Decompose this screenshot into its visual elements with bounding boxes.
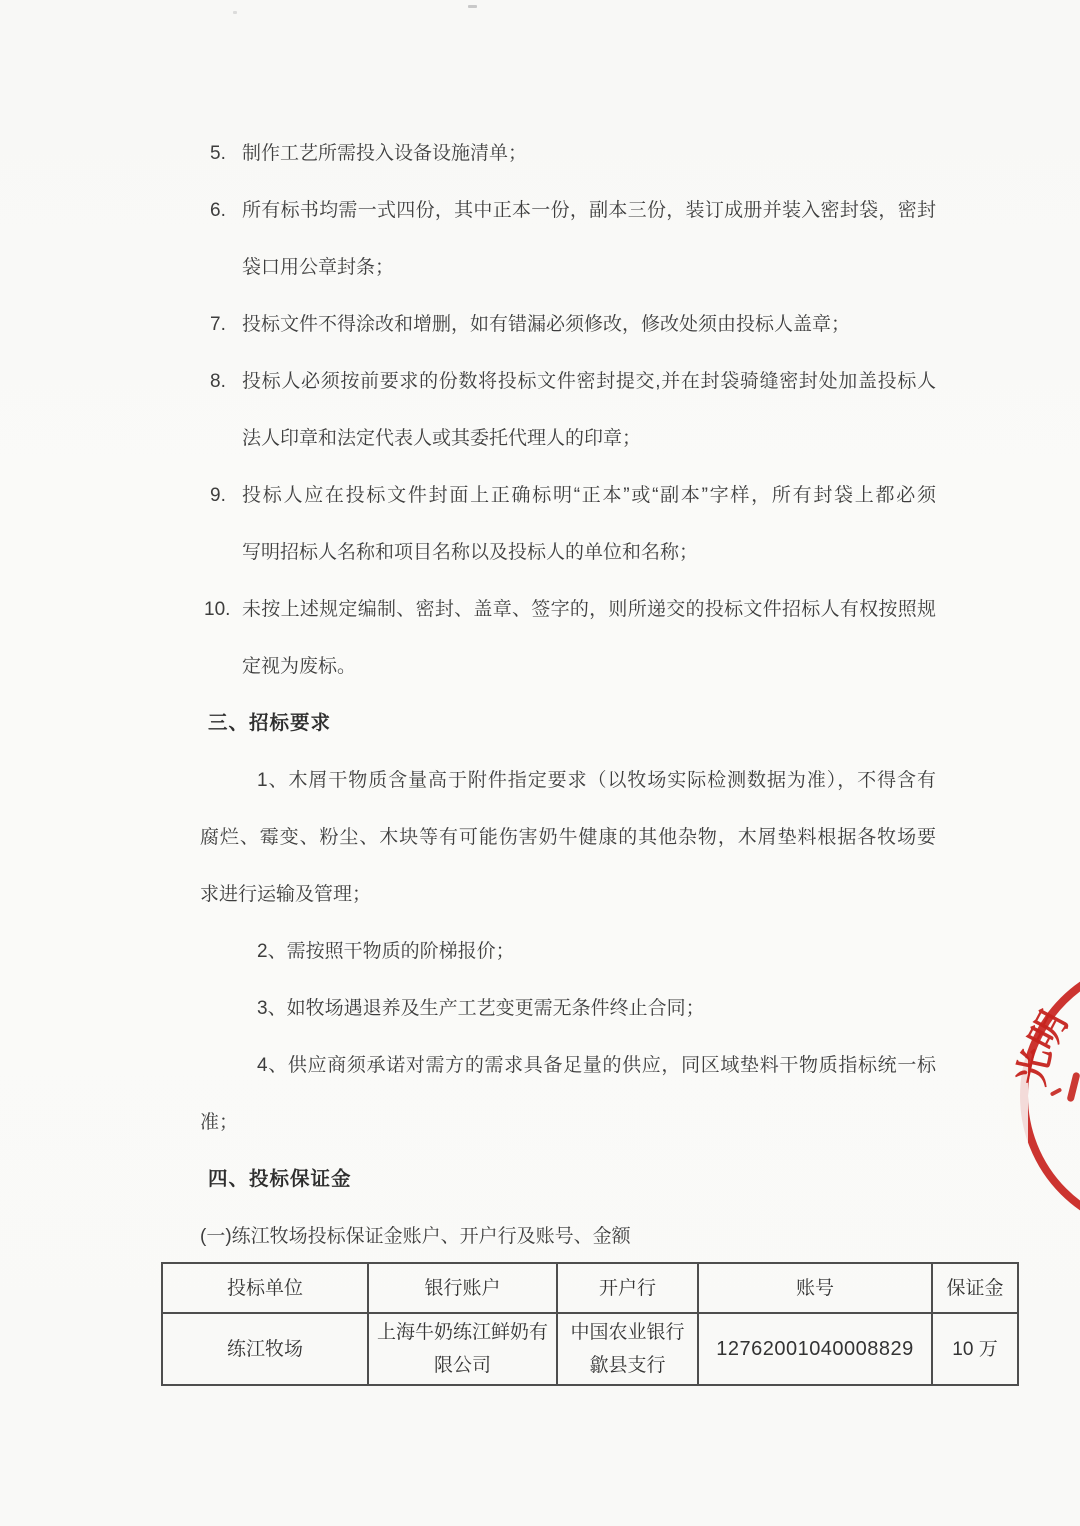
list-item-7: 7. 投标文件不得涂改和增删，如有错漏必须修改，修改处须由投标人盖章； bbox=[200, 296, 936, 353]
col-header-opening-bank: 开户行 bbox=[557, 1263, 698, 1313]
scan-artifact bbox=[468, 5, 477, 8]
requirement-1-line-2: 腐烂、霉变、粉尘、木块等有可能伤害奶牛健康的其他杂物，木屑垫料根据各牧场要 bbox=[200, 809, 936, 866]
section-four-heading: 四、投标保证金 bbox=[208, 1151, 936, 1208]
seal-partial-mark-icon bbox=[1050, 1087, 1062, 1096]
col-header-bank-account: 银行账户 bbox=[368, 1263, 557, 1313]
list-item-10-text-line-2: 定视为废标。 bbox=[242, 638, 936, 695]
list-item-6: 6. 所有标书均需一式四份，其中正本一份，副本三份，装订成册并装入密封袋，密封 … bbox=[200, 182, 936, 296]
deposit-table-caption: (一)练江牧场投标保证金账户、开户行及账号、金额 bbox=[200, 1208, 936, 1265]
deposit-table-header-row: 投标单位 银行账户 开户行 账号 保证金 bbox=[162, 1263, 1018, 1313]
list-item-10: 10. 未按上述规定编制、密封、盖章、签字的，则所递交的投标文件招标人有权按照规… bbox=[200, 581, 936, 695]
list-item-6-text-line-2: 袋口用公章封条； bbox=[242, 239, 936, 296]
seal-faded-area bbox=[1004, 1058, 1028, 1142]
list-item-5-text: 制作工艺所需投入设备设施清单； bbox=[242, 125, 936, 182]
requirement-paragraph-2: 2、需按照干物质的阶梯报价； bbox=[200, 923, 936, 980]
list-item-7-text: 投标文件不得涂改和增删，如有错漏必须修改，修改处须由投标人盖章； bbox=[242, 296, 936, 353]
col-header-deposit: 保证金 bbox=[932, 1263, 1018, 1313]
seal-circle-icon bbox=[1020, 957, 1080, 1235]
list-item-9-text-line-2: 写明招标人名称和项目名称以及投标人的单位和名称； bbox=[242, 524, 936, 581]
deposit-table: 投标单位 银行账户 开户行 账号 保证金 练江牧场 上海牛奶练江鲜奶有限公司 中… bbox=[161, 1262, 1019, 1386]
list-item-5: 5. 制作工艺所需投入设备设施清单； bbox=[200, 125, 936, 182]
requirement-1-line-1: 1、木屑干物质含量高于附件指定要求（以牧场实际检测数据为准），不得含有 bbox=[200, 752, 936, 809]
list-item-6-text-line-1: 所有标书均需一式四份，其中正本一份，副本三份，装订成册并装入密封袋，密封 bbox=[242, 182, 936, 239]
list-item-5-number: 5. bbox=[210, 125, 226, 182]
scan-artifact bbox=[233, 11, 237, 14]
cell-account-number: 12762001040008829 bbox=[698, 1313, 932, 1385]
document-body: 5. 制作工艺所需投入设备设施清单； 6. 所有标书均需一式四份，其中正本一份，… bbox=[200, 125, 936, 1265]
list-item-7-number: 7. bbox=[210, 296, 226, 353]
requirement-paragraph-4: 4、供应商须承诺对需方的需求具备足量的供应，同区域垫料干物质指标统一标 准； bbox=[200, 1037, 936, 1151]
list-item-6-number: 6. bbox=[210, 182, 226, 239]
list-item-8-number: 8. bbox=[210, 353, 226, 410]
list-item-9: 9. 投标人应在投标文件封面上正确标明“正本”或“副本”字样，所有封袋上都必须 … bbox=[200, 467, 936, 581]
list-item-8-text-line-1: 投标人必须按前要求的份数将投标文件密封提交,并在封袋骑缝密封处加盖投标人 bbox=[242, 353, 936, 410]
cell-bank-account: 上海牛奶练江鲜奶有限公司 bbox=[368, 1313, 557, 1385]
cell-deposit-amount: 10 万 bbox=[932, 1313, 1018, 1385]
col-header-bidder-unit: 投标单位 bbox=[162, 1263, 368, 1313]
list-item-8-text-line-2: 法人印章和法定代表人或其委托代理人的印章； bbox=[242, 410, 936, 467]
requirement-4-line-2: 准； bbox=[200, 1094, 936, 1151]
cell-opening-bank: 中国农业银行歙县支行 bbox=[557, 1313, 698, 1385]
requirement-4-line-1: 4、供应商须承诺对需方的需求具备足量的供应，同区域垫料干物质指标统一标 bbox=[200, 1037, 936, 1094]
col-header-account-no: 账号 bbox=[698, 1263, 932, 1313]
requirement-1-line-3: 求进行运输及管理； bbox=[200, 866, 936, 923]
seal-partial-mark-icon bbox=[1066, 1072, 1080, 1103]
requirement-paragraph-3: 3、如牧场遇退养及生产工艺变更需无条件终止合同； bbox=[200, 980, 936, 1037]
page-background: { "document": { "list_items": [ { "numbe… bbox=[0, 0, 1080, 1526]
seal-char-guang: 光 bbox=[1013, 1045, 1057, 1089]
list-item-10-number: 10. bbox=[204, 581, 230, 638]
deposit-table-data-row: 练江牧场 上海牛奶练江鲜奶有限公司 中国农业银行歙县支行 12762001040… bbox=[162, 1313, 1018, 1385]
cell-bidder-unit: 练江牧场 bbox=[162, 1313, 368, 1385]
requirement-paragraph-1: 1、木屑干物质含量高于附件指定要求（以牧场实际检测数据为准），不得含有 腐烂、霉… bbox=[200, 752, 936, 923]
seal-char-ming: 明 bbox=[1023, 1005, 1073, 1055]
section-three-heading: 三、招标要求 bbox=[208, 695, 936, 752]
list-item-9-number: 9. bbox=[210, 467, 226, 524]
list-item-9-text-line-1: 投标人应在投标文件封面上正确标明“正本”或“副本”字样，所有封袋上都必须 bbox=[242, 467, 936, 524]
list-item-8: 8. 投标人必须按前要求的份数将投标文件密封提交,并在封袋骑缝密封处加盖投标人 … bbox=[200, 353, 936, 467]
list-item-10-text-line-1: 未按上述规定编制、密封、盖章、签字的，则所递交的投标文件招标人有权按照规 bbox=[242, 581, 936, 638]
